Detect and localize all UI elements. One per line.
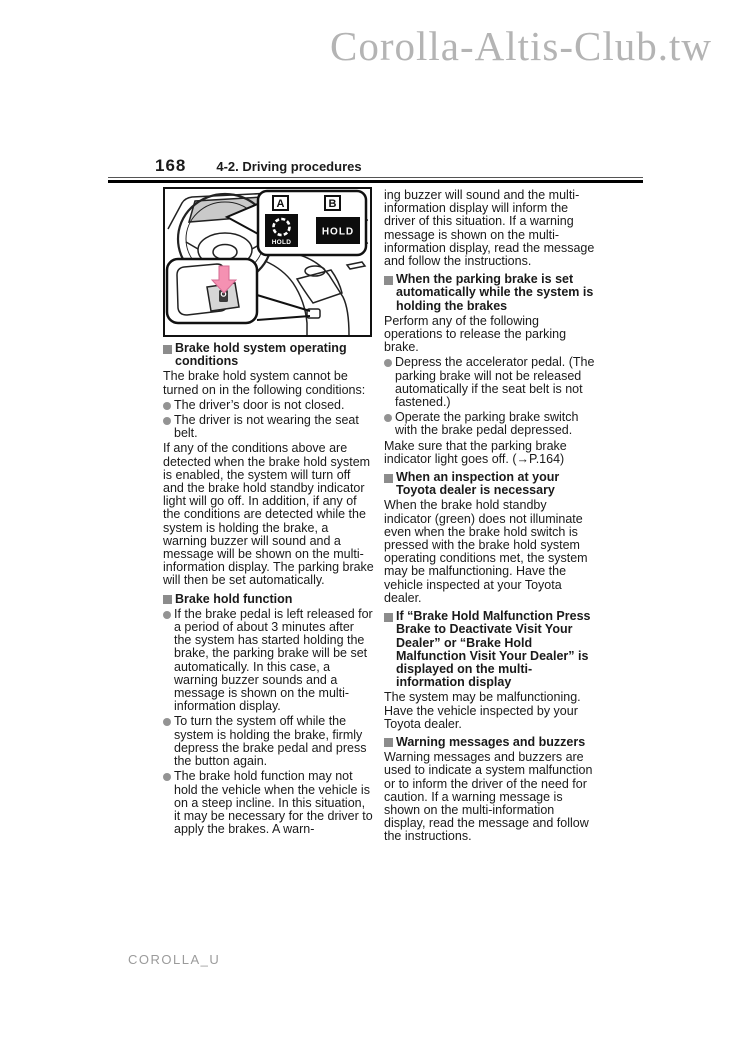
bullet-item: Depress the accelerator pedal. (The park…: [384, 356, 597, 409]
label-b: B: [329, 198, 337, 210]
bullet-item: The driver is not wearing the seat belt.: [163, 414, 374, 440]
brake-hold-indicator-icon: HOLD: [265, 214, 298, 247]
page-number: 168: [155, 156, 186, 176]
bullet-dot-marker: [384, 359, 392, 367]
bullet-item: The brake hold function may not hold the…: [163, 770, 374, 836]
watermark-text: Corolla-Altis-Club.tw: [330, 22, 712, 70]
block-text: Warning messages and buzzers: [396, 735, 585, 749]
block-text: The brake hold function may not hold the…: [174, 769, 373, 836]
door-handle-dash: [347, 262, 365, 269]
bullet-dot-marker: [163, 773, 171, 781]
block-text: If “Brake Hold Malfunction Press Brake t…: [396, 609, 590, 689]
paragraph: Perform any of the following operations …: [384, 315, 597, 355]
paragraph: ing buzzer will sound and the multi-info…: [384, 189, 597, 268]
block-text: To turn the system off while the system …: [174, 714, 367, 768]
bullet-dot-marker: [384, 414, 392, 422]
section-square-marker: [384, 276, 393, 285]
bullet-dot-marker: [163, 417, 171, 425]
header-rule: [108, 177, 643, 183]
section-heading: Warning messages and buzzers: [384, 736, 597, 749]
block-text: The driver is not wearing the seat belt.: [174, 413, 359, 440]
block-text: The brake hold system cannot be turned o…: [163, 369, 365, 396]
paragraph: The brake hold system cannot be turned o…: [163, 370, 374, 396]
block-text: The driver’s door is not closed.: [174, 398, 344, 412]
section-title: 4-2. Driving procedures: [216, 159, 361, 174]
paragraph: The system may be malfunctioning. Have t…: [384, 691, 597, 731]
block-text: When the brake hold standby indicator (g…: [384, 498, 588, 604]
section-square-marker: [163, 595, 172, 604]
right-column: ing buzzer will sound and the multi-info…: [384, 189, 597, 846]
block-text: If the brake pedal is left released for …: [174, 607, 373, 713]
block-text: The system may be malfunctioning. Have t…: [384, 690, 581, 730]
dashboard-illustration: A B HOLD HOLD: [165, 189, 370, 335]
bullet-item: Operate the parking brake switch with th…: [384, 411, 597, 437]
label-a: A: [277, 198, 285, 210]
switch-inset: [167, 259, 257, 323]
section-heading: When an inspection at your Toyota dealer…: [384, 471, 597, 497]
block-text: When the parking brake is set automatica…: [396, 272, 593, 312]
indicator-inset: A B HOLD HOLD: [258, 191, 366, 255]
block-text: Operate the parking brake switch with th…: [395, 410, 578, 437]
section-heading: If “Brake Hold Malfunction Press Brake t…: [384, 610, 597, 689]
hold-message-label: HOLD: [322, 227, 354, 238]
bullet-dot-marker: [163, 718, 171, 726]
hold-message-icon: HOLD: [316, 217, 360, 244]
bullet-item: The driver’s door is not closed.: [163, 399, 374, 412]
block-text: ing buzzer will sound and the multi-info…: [384, 188, 594, 268]
block-text: If any of the conditions above are detec…: [163, 441, 374, 587]
block-text: When an inspection at your Toyota dealer…: [396, 470, 559, 497]
section-square-marker: [384, 474, 393, 483]
section-square-marker: [384, 738, 393, 747]
block-text: Perform any of the following operations …: [384, 314, 566, 354]
section-heading: When the parking brake is set automatica…: [384, 273, 597, 313]
center-console-left-edge: [265, 261, 307, 335]
section-square-marker: [163, 345, 172, 354]
right-column-text: ing buzzer will sound and the multi-info…: [384, 189, 597, 844]
block-text: Depress the accelerator pedal. (The park…: [395, 355, 594, 409]
left-column: A B HOLD HOLD: [163, 187, 374, 838]
block-text: Brake hold function: [175, 592, 292, 606]
section-heading: Brake hold function: [163, 593, 374, 606]
block-text: Brake hold system operating conditions: [175, 341, 347, 368]
section-heading: Brake hold system operating conditions: [163, 342, 374, 368]
paragraph: Make sure that the parking brake indicat…: [384, 440, 597, 466]
section-square-marker: [384, 613, 393, 622]
hold-indicator-label: HOLD: [272, 239, 292, 246]
block-text: Warning messages and buzzers are used to…: [384, 750, 592, 843]
bullet-item: If the brake pedal is left released for …: [163, 608, 374, 714]
manual-page: Corolla-Altis-Club.tw 168 4-2. Driving p…: [0, 0, 750, 1061]
left-column-text: Brake hold system operating conditionsTh…: [163, 342, 374, 836]
brake-hold-figure: A B HOLD HOLD: [163, 187, 372, 337]
bullet-item: To turn the system off while the system …: [163, 715, 374, 768]
paragraph: When the brake hold standby indicator (g…: [384, 499, 597, 605]
footer-code: COROLLA_U: [128, 952, 220, 967]
page-header: 168 4-2. Driving procedures: [155, 156, 362, 176]
paragraph: If any of the conditions above are detec…: [163, 442, 374, 587]
paragraph: Warning messages and buzzers are used to…: [384, 751, 597, 843]
bullet-dot-marker: [163, 611, 171, 619]
block-text: Make sure that the parking brake indicat…: [384, 439, 567, 466]
bullet-dot-marker: [163, 402, 171, 410]
